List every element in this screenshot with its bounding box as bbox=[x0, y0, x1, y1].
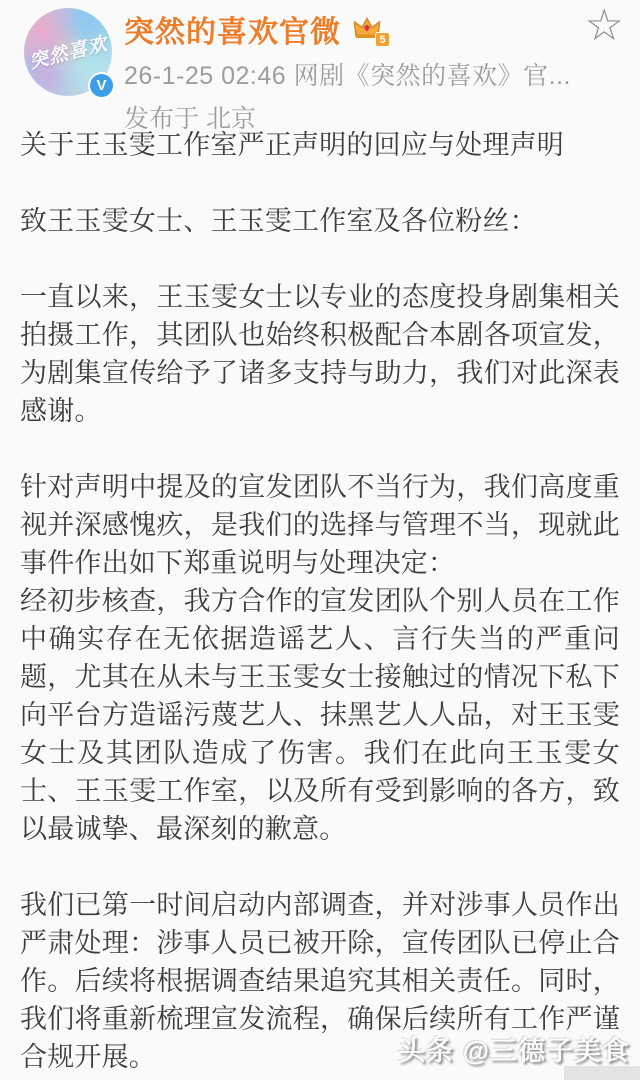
crown-level-badge: 5 bbox=[375, 32, 390, 47]
vip-crown-icon: 5 bbox=[351, 15, 383, 43]
toutiao-watermark: 头条 @三德子美食 bbox=[398, 1029, 630, 1068]
header-text: 突然的喜欢官微 5 26-1-25 02:46 网剧《突然的喜欢》官... 发布… bbox=[124, 12, 564, 135]
avatar[interactable]: 突然喜欢 V bbox=[24, 8, 112, 96]
post-paragraph: 致王玉雯女士、王玉雯工作室及各位粉丝： bbox=[20, 202, 620, 240]
post-paragraph: 针对声明中提及的宣发团队不当行为，我们高度重视并深感愧疚，是我们的选择与管理不当… bbox=[20, 468, 620, 582]
corner-strip bbox=[564, 1066, 640, 1080]
name-row: 突然的喜欢官微 5 bbox=[124, 12, 564, 46]
avatar-calligraphy-text: 突然喜欢 bbox=[26, 29, 110, 75]
post-header: 突然喜欢 V 突然的喜欢官微 5 26-1-25 02:46 网剧《突然的喜欢》… bbox=[0, 0, 640, 116]
verified-v-icon: V bbox=[88, 72, 115, 99]
post-body: 关于王玉雯工作室严正声明的回应与处理声明 致王玉雯女士、王玉雯工作室及各位粉丝：… bbox=[20, 126, 620, 1076]
username[interactable]: 突然的喜欢官微 bbox=[124, 7, 341, 51]
favorite-star-icon[interactable]: ☆ bbox=[585, 4, 624, 48]
post-title: 关于王玉雯工作室严正声明的回应与处理声明 bbox=[20, 126, 620, 164]
watermark-text: 头条 @三德子美食 bbox=[398, 1036, 630, 1066]
post-paragraph: 一直以来，王玉雯女士以专业的态度投身剧集相关拍摄工作，其团队也始终积极配合本剧各… bbox=[20, 278, 620, 430]
post-timestamp: 26-1-25 02:46 网剧《突然的喜欢》官... bbox=[124, 56, 564, 92]
post-paragraph: 经初步核查，我方合作的宣发团队个别人员在工作中确实存在无依据造谣艺人、言行失当的… bbox=[20, 582, 620, 848]
